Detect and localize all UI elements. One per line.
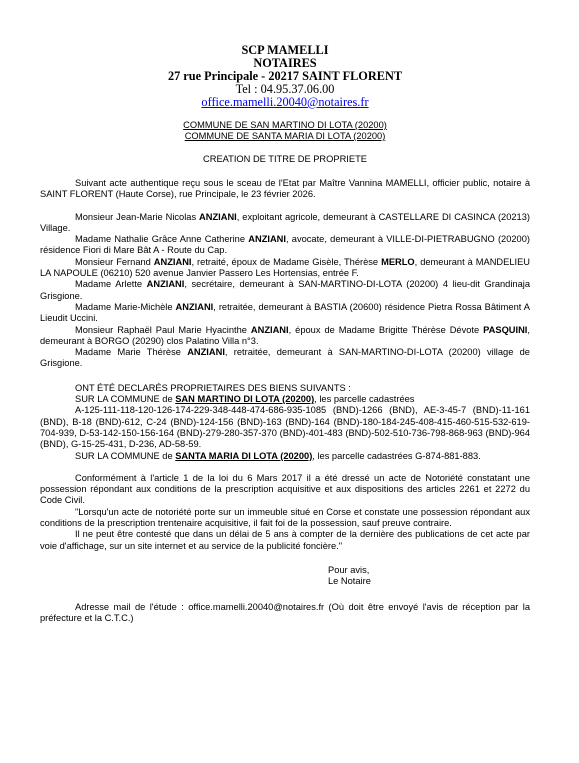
party-entry: Monsieur Fernand ANZIANI, retraité, épou… (40, 257, 530, 280)
signature-line-1: Pour avis, (328, 565, 530, 576)
footer-email-note: Adresse mail de l'étude : office.mamelli… (40, 602, 530, 625)
party-entry: Monsieur Jean-Marie Nicolas ANZIANI, exp… (40, 212, 530, 235)
party-surname: ANZIANI (176, 302, 214, 312)
party-text: Madame Marie Thérèse (75, 347, 187, 357)
commune1-suffix: , les parcelle cadastrées (314, 394, 414, 404)
party-surname: ANZIANI (147, 279, 185, 289)
commune-heading: COMMUNE DE SANTA MARIA DI LOTA (20200) (40, 131, 530, 142)
party-entry: Madame Nathalie Grâce Anne Catherine ANZ… (40, 234, 530, 257)
party-text: , retraité, époux de Madame Gisèle, Thér… (192, 257, 382, 267)
party-surname: ANZIANI (154, 257, 192, 267)
quote-paragraph-2: Il ne peut être contesté que dans un dél… (40, 529, 530, 552)
notice-body: Suivant acte authentique reçu sous le sc… (40, 165, 530, 624)
commune1-prefix: SUR LA COMMUNE de (75, 394, 175, 404)
notice-page: SCP MAMELLI NOTAIRES 27 rue Principale -… (40, 44, 530, 624)
party-entry: Madame Arlette ANZIANI, secrétaire, deme… (40, 279, 530, 302)
party-text: Madame Marie-Michèle (75, 302, 176, 312)
commune2-name: SANTA MARIA DI LOTA (20200) (175, 451, 312, 461)
intro-paragraph: Suivant acte authentique reçu sous le sc… (40, 178, 530, 201)
spouse-surname: MERLO (381, 257, 415, 267)
commune2-line: SUR LA COMMUNE de SANTA MARIA DI LOTA (2… (40, 451, 530, 462)
quote-paragraph-1: "Lorsqu'un acte de notoriété porte sur u… (40, 507, 530, 530)
communes-block: COMMUNE DE SAN MARTINO DI LOTA (20200) C… (40, 120, 530, 142)
commune1-line: SUR LA COMMUNE de SAN MARTINO DI LOTA (2… (40, 394, 530, 405)
party-text: Monsieur Jean-Marie Nicolas (75, 212, 199, 222)
party-surname: ANZIANI (251, 325, 289, 335)
party-entry: Madame Marie Thérèse ANZIANI, retraitée,… (40, 347, 530, 370)
spouse-surname: PASQUINI (483, 325, 527, 335)
party-text: Madame Nathalie Grâce Anne Catherine (75, 234, 248, 244)
commune1-name: SAN MARTINO DI LOTA (20200) (175, 394, 314, 404)
commune2-prefix: SUR LA COMMUNE de (75, 451, 175, 461)
party-text: Monsieur Fernand (75, 257, 154, 267)
party-surname: ANZIANI (248, 234, 286, 244)
notoriety-paragraph: Conformément à l'article 1 de la loi du … (40, 473, 530, 507)
letterhead: SCP MAMELLI NOTAIRES 27 rue Principale -… (40, 44, 530, 109)
commune1-parcels: A-125-111-118-120-126-174-229-348-448-47… (40, 405, 530, 450)
commune-heading: COMMUNE DE SAN MARTINO DI LOTA (20200) (40, 120, 530, 131)
party-surname: ANZIANI (199, 212, 237, 222)
party-text: , époux de Madame Brigitte Thérèse Dévot… (289, 325, 484, 335)
firm-email-link[interactable]: office.mamelli.20040@notaires.fr (201, 95, 368, 109)
commune2-suffix: , les parcelle cadastrées G-874-881-883. (312, 451, 480, 461)
signature-line-2: Le Notaire (328, 576, 530, 587)
party-surname: ANZIANI (187, 347, 225, 357)
document-title: CREATION DE TITRE DE PROPRIETE (40, 154, 530, 165)
signature-block: Pour avis, Le Notaire (328, 565, 530, 588)
parties-list: Monsieur Jean-Marie Nicolas ANZIANI, exp… (40, 212, 530, 370)
declared-heading: ONT ÉTÉ DECLARÉS PROPRIETAIRES DES BIENS… (40, 383, 530, 394)
party-entry: Madame Marie-Michèle ANZIANI, retraitée,… (40, 302, 530, 325)
party-text: Madame Arlette (75, 279, 147, 289)
party-entry: Monsieur Raphaël Paul Marie Hyacinthe AN… (40, 325, 530, 348)
party-text: Monsieur Raphaël Paul Marie Hyacinthe (75, 325, 251, 335)
